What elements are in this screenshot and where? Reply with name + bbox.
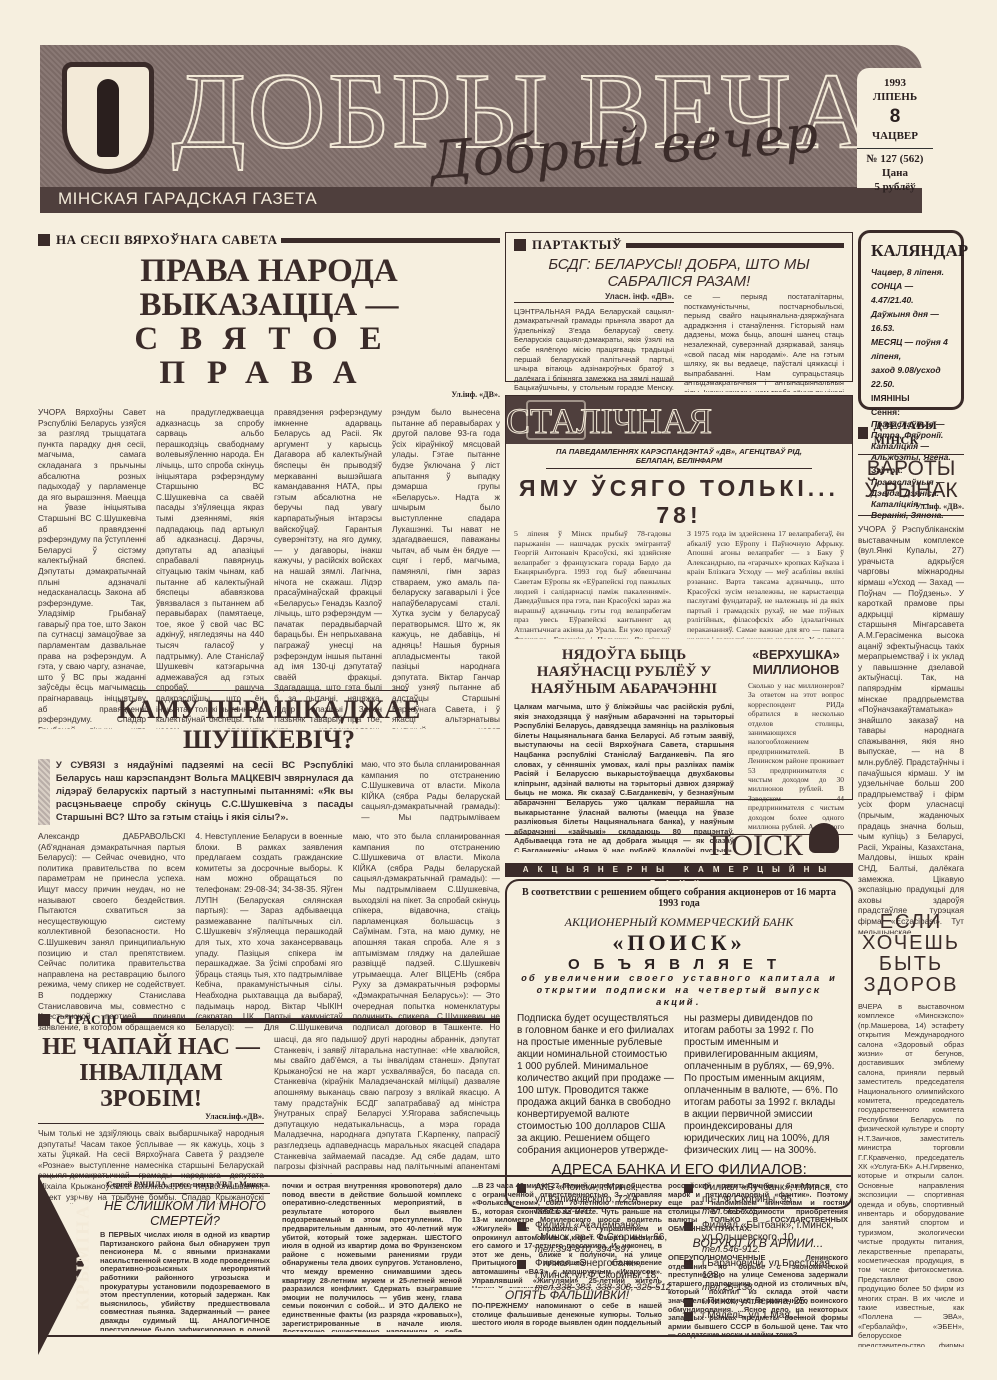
fair-headline: ВАРОТЫ Ў РЫНАК bbox=[858, 454, 964, 502]
calendar-title: КАЛЯНДАР bbox=[871, 241, 951, 261]
strasci-col-2: шасці, да яго падышоў другі народны абра… bbox=[274, 1034, 500, 1174]
health-body: ВЧЕРА в выставочном комплексе «Минскэксп… bbox=[858, 1002, 964, 1347]
shushkevich-lead: У СУВЯЗІ з нядаўнімі падзеямі на сесіі В… bbox=[56, 759, 353, 825]
strasci-byline: Уласн.інф.«ДВ». bbox=[38, 1112, 264, 1124]
chronicle-sources: ПА ПАВЕДАМЛЕННЯХ КАРЭСПАНДЭНТАЎ «ДВ», АГ… bbox=[546, 444, 812, 469]
crime-headline: НЕ СЛИШКОМ ЛИ МНОГО СМЕРТЕЙ? bbox=[100, 1198, 270, 1228]
issue-weekday: ЧАЦВЕР bbox=[857, 129, 933, 143]
bank-body: Подписка будет осуществляться в головном… bbox=[517, 1013, 841, 1157]
crime-col-4: российский «пятитысячник», банкнота в ст… bbox=[668, 1182, 848, 1232]
chronicle-col-1: 5 ліпеня ў Мінск прыбыў 78-гадовы парыжа… bbox=[514, 529, 671, 639]
chronicle-headline: ЯМУ ЎСЯГО ТОЛЬКІ... 78! bbox=[506, 475, 852, 529]
partaktyu-headline: БСДГ: БЕЛАРУСЫ! ДОБРА, ШТО МЫ САБРАЛІСЯ … bbox=[514, 256, 844, 290]
session-col-2: на прадугледжваецца адказнасць за спробу… bbox=[156, 407, 264, 729]
issue-month: ЛІПЕНЬ bbox=[857, 90, 933, 104]
bank-logo-name: ПОІСК bbox=[710, 829, 803, 863]
partaktyu-col-2: се — перыяд постаталітарны, посткамуніст… bbox=[684, 292, 844, 392]
rubric-fair: ДЗЕЛАВЫ МІНСК bbox=[858, 418, 964, 448]
session-headline-2: СВЯТОЕ ПРАВА bbox=[38, 322, 500, 390]
session-headline-1: ПРАВА НАРОДА ВЫКАЗАЦЦА — bbox=[38, 254, 500, 322]
calendar-row: СОНЦА — 4.47/21.40. bbox=[871, 279, 951, 307]
article-health: ЕСЛИ ХОЧЕШЬ БЫТЬ ЗДОРОВ ВЧЕРА в выставоч… bbox=[858, 912, 964, 1347]
rubric-strasci: СТРАСЦІ bbox=[38, 1012, 500, 1028]
bank-name: «ПОИСК» bbox=[517, 930, 841, 956]
chronicle-body: 5 ліпеня ў Мінск прыбыў 78-гадовы парыжа… bbox=[506, 529, 852, 639]
shushkevich-col-2: 4. Невступление Беларуси в военные блоки… bbox=[195, 831, 342, 1031]
article-fair: ДЗЕЛАВЫ МІНСК ВАРОТЫ Ў РЫНАК Ул.інф. «ДВ… bbox=[858, 418, 964, 934]
crime-subheadline-1: ОПЯТЬ ФАЛЬШИВКИ! bbox=[472, 1288, 662, 1302]
calendar-row: Даўжыня дня — 16.53. bbox=[871, 307, 951, 335]
price-label: Цана bbox=[857, 166, 933, 180]
strasci-headline: НЕ ЧАПАЙ НАС — ІНВАЛІДАМ ЗРОБІМ! bbox=[38, 1034, 264, 1112]
fair-byline: Ул.інф. «ДВ». bbox=[858, 502, 964, 516]
issue-date-box: 1993 ЛІПЕНЬ 8 ЧАЦВЕР № 127 (562) Цана 5 … bbox=[857, 68, 933, 188]
shushkevich-col-1: Александр ДАБРАВОЛЬСКІ (Аб'яднаная дэмак… bbox=[38, 831, 185, 1031]
bank-dome-icon bbox=[809, 823, 839, 853]
calendar-box: КАЛЯНДАР Чацвер, 8 ліпеня. СОНЦА — 4.47/… bbox=[858, 230, 964, 410]
chronicle-band: СТАЛІЧНАЯ ХРОНІКА bbox=[506, 396, 852, 444]
lead-shade-bar bbox=[38, 759, 50, 825]
partaktyu-byline: Уласн. інф. «ДВ». bbox=[514, 292, 674, 303]
crime-col-1: В ПЕРВЫХ числах июля в одной из квартир … bbox=[100, 1231, 270, 1331]
crime-subheadline-2: ВОРУЮТ И В АРМИИ... bbox=[668, 1236, 848, 1250]
calendar-row: МЕСЯЦ — поўня 4 ліпеня, bbox=[871, 335, 951, 363]
crime-col-2: почки и острая внутренняя кровопотеря) д… bbox=[282, 1182, 462, 1332]
millionaires-headline: «ВЕРХУШКА» МИЛЛИОНОВ bbox=[748, 647, 844, 677]
issue-day: 8 bbox=[857, 105, 933, 130]
chronicle-col-2: З 1975 года ім здзейснена 17 велапрабега… bbox=[687, 529, 844, 639]
bank-decision: В соответствии с решением общего собрани… bbox=[517, 887, 841, 909]
masthead-subtitle: МІНСКАЯ ГАРАДСКАЯ ГАЗЕТА bbox=[58, 189, 317, 209]
bank-body-col-2: ны размеры дивидендов по итогам работы з… bbox=[684, 1013, 841, 1157]
crime-author: Сергей РАЧИЛА, пресс-центр УВД г.Минска. bbox=[100, 1180, 270, 1194]
bank-type: АКЦИОНЕРНЫЙ КОММЕРЧЕСКИЙ БАНК bbox=[517, 915, 841, 930]
partaktyu-body: Уласн. інф. «ДВ». ЦЭНТРАЛЬНАЯ РАДА Белар… bbox=[514, 292, 844, 392]
shushkevich-body: Александр ДАБРАВОЛЬСКІ (Аб'яднаная дэмак… bbox=[38, 831, 500, 1031]
calendar-row: заход 9.08/усход 22.50. bbox=[871, 363, 951, 391]
shushkevich-col-3-top: маю, что это была спланированная кампани… bbox=[361, 759, 500, 825]
crime-subbody-1: ПО-ПРЕЖНЕМУ напоминают о себе в нашей ст… bbox=[472, 1302, 662, 1330]
calendar-row: Чацвер, 8 ліпеня. bbox=[871, 265, 951, 279]
price-value: 5 рублёў bbox=[857, 180, 933, 194]
issue-year: 1993 bbox=[857, 76, 933, 90]
crime-col-3: ...В 23 часа 40 минут 27-летний директор… bbox=[472, 1182, 662, 1288]
calendar-row: Сёння: bbox=[871, 405, 951, 419]
bank-announces: ОБЪЯВЛЯЕТ bbox=[517, 956, 841, 973]
rubric-session: НА СЕСІІ ВЯРХОЎНАГА САВЕТА bbox=[38, 232, 500, 248]
crime-subbody-2: ОПЕРУПОЛНОМОЧЕННЫЕ Ленинского отделения … bbox=[668, 1254, 848, 1340]
crime-col-1-wrap: Сергей РАЧИЛА, пресс-центр УВД г.Минска.… bbox=[100, 1180, 270, 1331]
article-shushkevich: КАМУ ПЕРАШКАДЖАЕ ШУШКЕВІЧ? У СУВЯЗІ з ня… bbox=[38, 690, 500, 1031]
minsk-coat-of-arms-icon bbox=[62, 62, 154, 174]
article-partaktyu: ПАРТАКТЫЎ БСДГ: БЕЛАРУСЫ! ДОБРА, ШТО МЫ … bbox=[505, 232, 853, 382]
shushkevich-col-3: маю, что это была спланированная кампани… bbox=[353, 831, 500, 1031]
issue-number: № 127 (562) bbox=[857, 148, 933, 166]
bank-advertisement: ПОІСК АКЦЫЯНЕРНЫ КАМЕРЦЫЙНЫ БАНК В соотв… bbox=[505, 822, 853, 1209]
health-headline: ЕСЛИ ХОЧЕШЬ БЫТЬ ЗДОРОВ bbox=[858, 912, 964, 996]
crime-col-3-wrap: ...В 23 часа 40 минут 27-летний директор… bbox=[472, 1182, 662, 1330]
session-col-4: рэндум было вынесена пытанне аб перавыба… bbox=[392, 407, 500, 729]
bank-subject: об увеличении своего уставного капитала … bbox=[517, 973, 841, 1009]
fair-body: УЧОРА ў Рэспубліканскім выставачным комп… bbox=[858, 524, 964, 934]
bank-band: АКЦЫЯНЕРНЫ КАМЕРЦЫЙНЫ БАНК bbox=[505, 863, 853, 877]
article-session: НА СЕСІІ ВЯРХОЎНАГА САВЕТА ПРАВА НАРОДА … bbox=[38, 232, 500, 729]
session-body: УЧОРА Вярхоўны Савет Рэспублікі Беларусь… bbox=[38, 407, 500, 729]
chronicle-section: СТАЛІЧНАЯ ХРОНІКА ПА ПАВЕДАМЛЕННЯХ КАРЭС… bbox=[505, 395, 853, 800]
rubric-partaktyu: ПАРТАКТЫЎ bbox=[514, 237, 844, 253]
shushkevich-headline: КАМУ ПЕРАШКАДЖАЕ ШУШКЕВІЧ? bbox=[38, 695, 500, 755]
chronicle-title: СТАЛІЧНАЯ ХРОНІКА bbox=[506, 400, 842, 444]
partaktyu-col-1: ЦЭНТРАЛЬНАЯ РАДА Беларускай сацыял-дэмак… bbox=[514, 307, 674, 392]
session-col-3: правядзення рэферэндуму імкненне адарвац… bbox=[274, 407, 382, 729]
calendar-row: ІМЯНІНЫ bbox=[871, 391, 951, 405]
session-byline: Ул.інф. «ДВ». bbox=[38, 390, 500, 399]
crime-side-label: КРЫМІНАЛ bbox=[73, 1201, 94, 1311]
bank-ad-box: В соответствии с решением общего собрани… bbox=[505, 879, 853, 1209]
crime-col-4-wrap: российский «пятитысячник», банкнота в ст… bbox=[668, 1182, 848, 1340]
bank-body-col-1: Подписка будет осуществляться в головном… bbox=[517, 1013, 674, 1157]
session-col-1: УЧОРА Вярхоўны Савет Рэспублікі Беларусь… bbox=[38, 407, 146, 729]
millionaires-body: Сколько у нас миллионеров? За ответом на… bbox=[748, 681, 844, 831]
rubles-headline: НЯДОЎГА БЫЦЬ НАЯЎНАСЦІ РУБЛЁЎ У НАЯЎНЫМ … bbox=[514, 647, 734, 698]
